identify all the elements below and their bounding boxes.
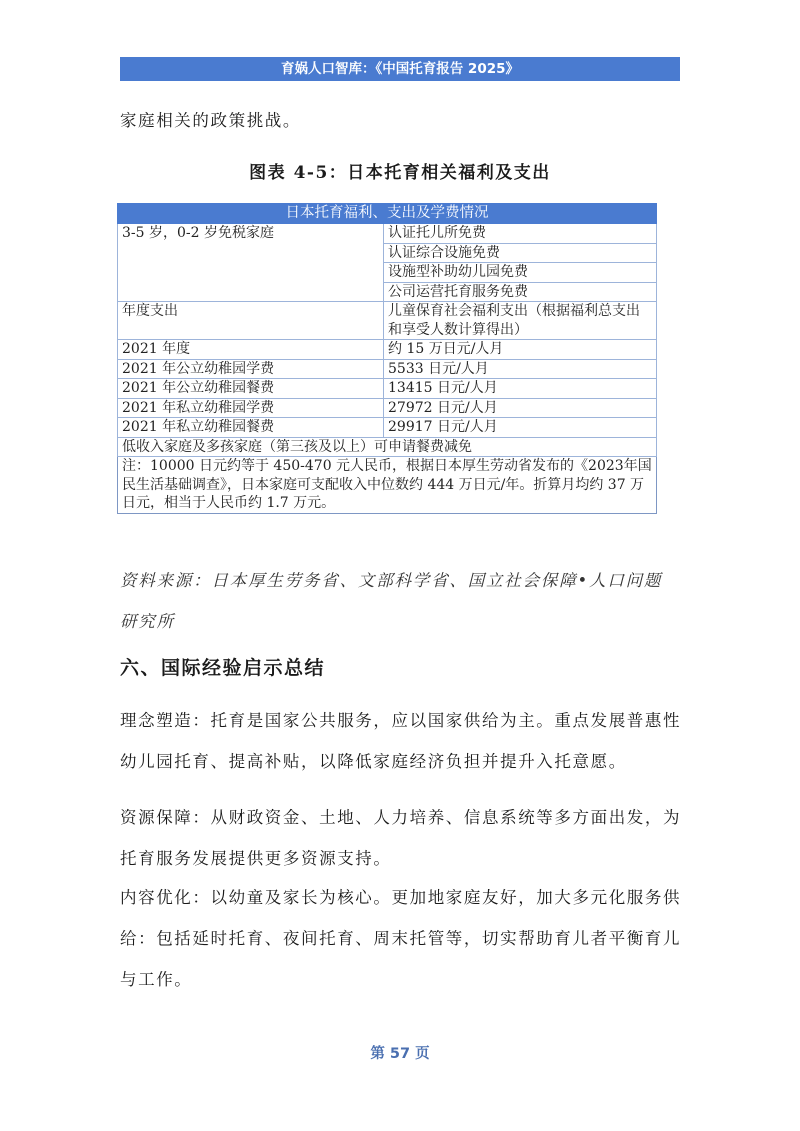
table-header-row: 日本托育福利、支出及学费情况 <box>118 204 657 224</box>
row-value: 13415 日元/人月 <box>384 379 657 399</box>
paragraph-content: 内容优化：以幼童及家长为核心。更加地家庭友好，加大多元化服务供给：包括延时托育、… <box>120 877 685 1000</box>
row-value: 29917 日元/人月 <box>384 418 657 438</box>
row-value: 约 15 万日元/人月 <box>384 340 657 360</box>
row-label: 2021 年公立幼稚园餐费 <box>118 379 384 399</box>
group-label: 3-5 岁，0-2 岁免税家庭 <box>118 224 384 302</box>
table-row: 2021 年私立幼稚园学费 27972 日元/人月 <box>118 398 657 418</box>
table-note-row: 注：10000 日元约等于 450-470 元人民币，根据日本厚生劳动省发布的《… <box>118 457 657 514</box>
source-citation: 资料来源：日本厚生劳务省、文部科学省、国立社会保障•人口问题研究所 <box>120 560 680 642</box>
welfare-table: 日本托育福利、支出及学费情况 3-5 岁，0-2 岁免税家庭 认证托儿所免费 认… <box>117 203 657 514</box>
reduction-note: 低收入家庭及多孩家庭（第三孩及以上）可申请餐费减免 <box>118 437 657 457</box>
table-row: 2021 年私立幼稚园餐费 29917 日元/人月 <box>118 418 657 438</box>
report-header-banner: 育娲人口智库：《中国托育报告 2025》 <box>120 57 680 81</box>
paragraph-concept: 理念塑造：托育是国家公共服务，应以国家供给为主。重点发展普惠性幼儿园托育、提高补… <box>120 700 685 782</box>
row-label: 年度支出 <box>118 302 384 340</box>
table-row: 2021 年公立幼稚园学费 5533 日元/人月 <box>118 359 657 379</box>
table-header: 日本托育福利、支出及学费情况 <box>118 204 657 224</box>
group-item: 设施型补助幼儿园免费 <box>384 263 657 283</box>
table-row: 3-5 岁，0-2 岁免税家庭 认证托儿所免费 <box>118 224 657 244</box>
figure-title: 图表 4-5：日本托育相关福利及支出 <box>0 158 800 183</box>
group-item: 认证托儿所免费 <box>384 224 657 244</box>
row-label: 2021 年公立幼稚园学费 <box>118 359 384 379</box>
row-label: 2021 年私立幼稚园学费 <box>118 398 384 418</box>
table-row-full: 低收入家庭及多孩家庭（第三孩及以上）可申请餐费减免 <box>118 437 657 457</box>
page-number: 第 57 页 <box>0 1042 800 1063</box>
group-item: 认证综合设施免费 <box>384 243 657 263</box>
paragraph-resources: 资源保障：从财政资金、土地、人力培养、信息系统等多方面出发，为托育服务发展提供更… <box>120 797 685 879</box>
group-item: 公司运营托育服务免费 <box>384 282 657 302</box>
row-label: 2021 年私立幼稚园餐费 <box>118 418 384 438</box>
intro-text: 家庭相关的政策挑战。 <box>120 100 685 141</box>
row-value: 儿童保育社会福利支出（根据福利总支出和享受人数计算得出） <box>384 302 657 340</box>
row-value: 5533 日元/人月 <box>384 359 657 379</box>
row-label: 2021 年度 <box>118 340 384 360</box>
table-note: 注：10000 日元约等于 450-470 元人民币，根据日本厚生劳动省发布的《… <box>118 457 657 514</box>
table-row: 2021 年公立幼稚园餐费 13415 日元/人月 <box>118 379 657 399</box>
table-row: 2021 年度 约 15 万日元/人月 <box>118 340 657 360</box>
section-heading: 六、国际经验启示总结 <box>120 653 325 680</box>
row-value: 27972 日元/人月 <box>384 398 657 418</box>
table-row: 年度支出 儿童保育社会福利支出（根据福利总支出和享受人数计算得出） <box>118 302 657 340</box>
